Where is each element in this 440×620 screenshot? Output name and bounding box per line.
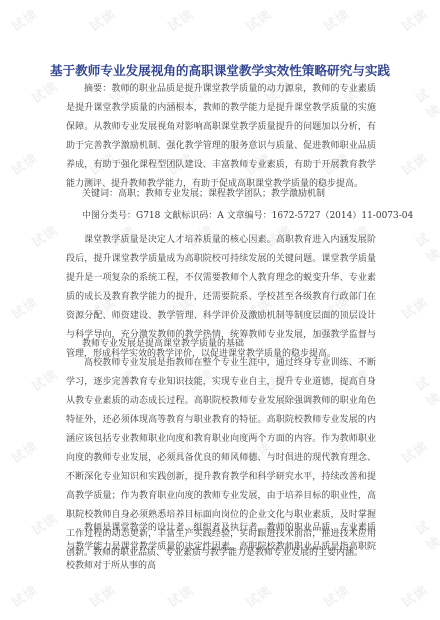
section-paragraph-2: 教师是课堂教学的设计者、组织者及执行者，教师的职业品质、专业素质与教学能力是课堂… [66, 519, 376, 576]
paper-page: 基于教师专业发展视角的高职课堂教学实效性策略研究与实践 摘要：教师的职业品质是提… [0, 0, 440, 620]
paper-title: 基于教师专业发展视角的高职课堂教学实效性策略研究与实践 [0, 60, 440, 79]
classification-line: 中图分类号：G718 文献标识码：A 文章编号：1672-5727（2014）1… [82, 208, 413, 221]
section-heading: 教师专业发展是提高课堂教学质量的基础 [82, 336, 244, 349]
keywords-line: 关键词：高职；教师专业发展；课程教学团队；教学激励机制 [82, 186, 325, 199]
abstract-paragraph: 摘要：教师的职业品质是提升课堂教学质量的动力源泉，教师的专业素质是提升课堂教学质… [66, 80, 376, 194]
